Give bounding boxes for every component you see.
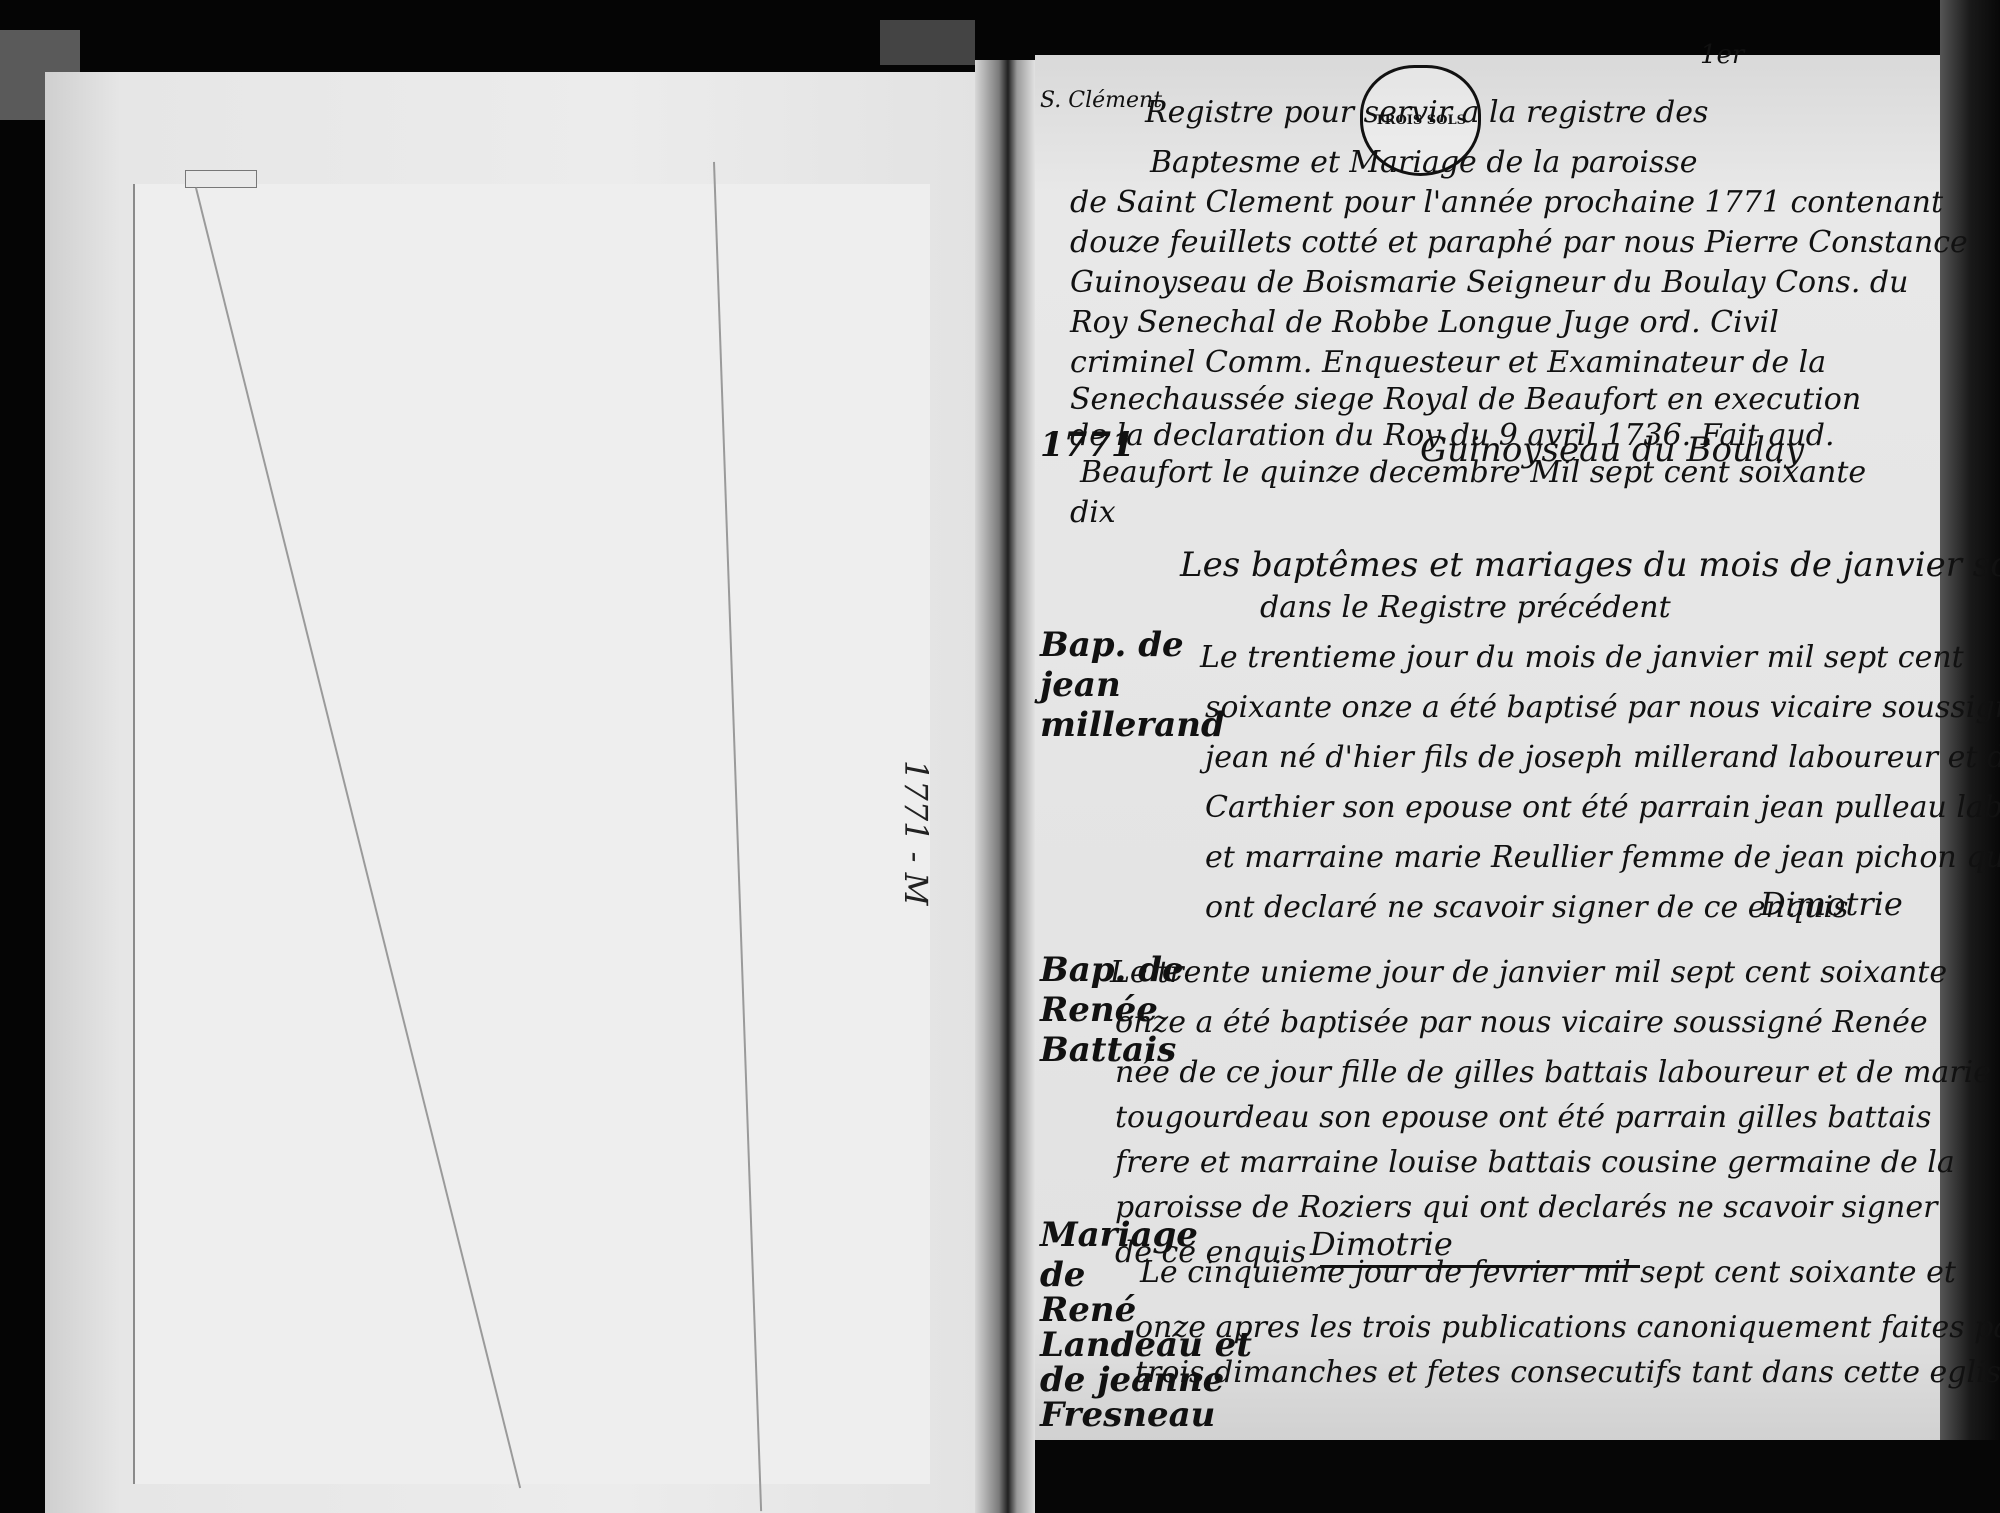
header-line: Baptesme et Mariage de la paroisse — [1150, 145, 1698, 180]
entry-margin: Mariage — [1040, 1215, 1198, 1255]
header-line: criminel Comm. Enquesteur et Examinateur… — [1070, 345, 1826, 380]
entry-line: Le trentieme jour du mois de janvier mil… — [1200, 640, 1964, 675]
entry-line: tougourdeau son epouse ont été parrain g… — [1115, 1100, 1931, 1135]
paper-tab — [185, 170, 257, 188]
entry-line: née de ce jour fille de gilles battais l… — [1115, 1055, 1991, 1090]
entry-margin: Bap. de — [1040, 625, 1184, 665]
entry-line: ont declaré ne scavoir signer de ce enqu… — [1205, 890, 1848, 925]
entry-margin: millerand — [1040, 705, 1225, 745]
header-line: Roy Senechal de Robbe Longue Juge ord. C… — [1070, 305, 1779, 340]
entry-margin: jean — [1040, 665, 1121, 705]
signature-judge: Guinoyseau du Boulay — [1420, 430, 1804, 470]
entry-margin: de — [1040, 1255, 1085, 1295]
header-line: Guinoyseau de Boismarie Seigneur du Boul… — [1070, 265, 1908, 300]
folded-paper — [133, 184, 930, 1484]
entry-signature: Dimotrie — [1760, 885, 1903, 923]
entry-line: paroisse de Roziers qui ont declarés ne … — [1115, 1190, 1937, 1225]
header-line: de Saint Clement pour l'année prochaine … — [1070, 185, 1943, 220]
entry-line: soixante onze a été baptisé par nous vic… — [1205, 690, 2000, 725]
book-spine — [975, 60, 1035, 1513]
bottom-shadow — [1035, 1440, 2000, 1513]
entry-line: trois dimanches et fetes consecutifs tan… — [1135, 1355, 2000, 1390]
notice-line: Les baptêmes et mariages du mois de janv… — [1180, 545, 2000, 585]
entry-line: Carthier son epouse ont été parrain jean… — [1205, 790, 2000, 825]
header-line: dix — [1070, 495, 1116, 530]
entry-line: jean né d'hier fils de joseph millerand … — [1205, 740, 2000, 775]
entry-margin: René — [1040, 1290, 1136, 1330]
entry-line: et marraine marie Reullier femme de jean… — [1205, 840, 2000, 875]
entry-line: onze a été baptisée par nous vicaire sou… — [1115, 1005, 1928, 1040]
header-line: Registre pour servir a la registre des — [1145, 95, 1708, 130]
book-corner-right — [880, 20, 975, 65]
left-page-blank-leaf — [45, 72, 990, 1513]
entry-line: Le cinquieme jour de fevrier mil sept ce… — [1140, 1255, 1956, 1290]
margin-parish: S. Clément — [1040, 88, 1162, 113]
folio-number: 1er — [1700, 40, 1744, 70]
header-line: Senechaussée siege Royal de Beaufort en … — [1070, 382, 1861, 417]
entry-margin: Fresneau — [1040, 1395, 1215, 1435]
entry-line: Le trente unieme jour de janvier mil sep… — [1110, 955, 1947, 990]
entry-line: onze apres les trois publications canoni… — [1135, 1310, 2000, 1345]
spine-note: 1771 - M — [897, 760, 935, 905]
notice-line: dans le Registre précédent — [1260, 590, 1671, 625]
entry-line: frere et marraine louise battais cousine… — [1115, 1145, 1955, 1180]
header-line: douze feuillets cotté et paraphé par nou… — [1070, 225, 1968, 260]
